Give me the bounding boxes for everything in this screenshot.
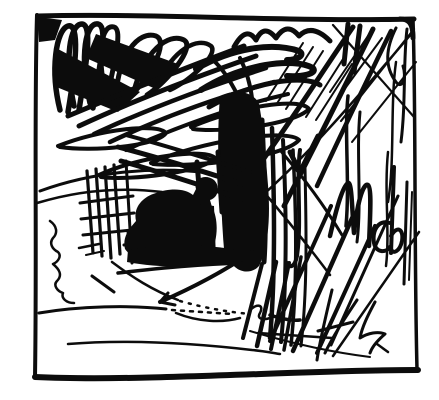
ink-sketch: Expressive black ink thumbnail sketch in… bbox=[0, 0, 439, 400]
sketch-canvas: Expressive black ink thumbnail sketch in… bbox=[0, 0, 439, 400]
letter-like-marks: letter-like pen marks right edge bbox=[330, 167, 412, 284]
